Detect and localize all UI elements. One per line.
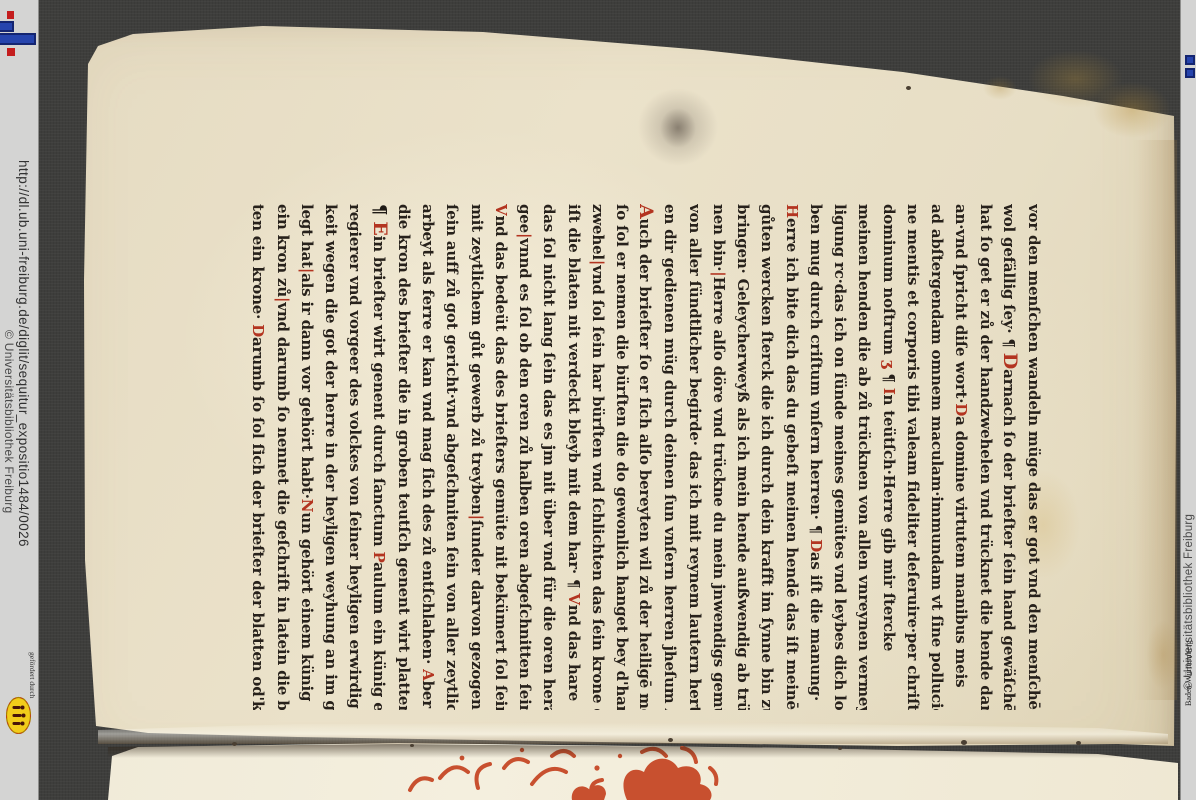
manuscript-line: Vnd das bedeüt das des brieſters gemüte … [489, 204, 513, 710]
manuscript-line: wol gefällig ſey· ¶ Darnach ſo der brieſ… [998, 204, 1022, 710]
speck [961, 740, 967, 745]
url-caption: http://dl.ub.uni-freiburg.de/diglit/sequ… [16, 160, 31, 547]
manuscript-line: regierer vnd vorgeer des volckes von ſei… [343, 204, 367, 710]
funding-label: gefördert durch [28, 652, 37, 698]
manuscript-line: Auch der brieſter ſo er ſich alſo bereyt… [634, 204, 658, 710]
manuscript-line: ne mentis et corporis tibi valeam fideli… [901, 204, 925, 710]
manuscript-line: ſein auff zů got gericht·vnd abgeſchnite… [440, 204, 464, 710]
manuscript-line: ten ein krone· Darumb ſo ſol ſich der br… [246, 204, 270, 710]
manuscript-line: ¶ Ein brieſter wirt genent durch ſanctum… [367, 204, 391, 710]
manuscript-line: die kron des brieſter die in groben teut… [392, 204, 416, 710]
manuscript-line: iſt die blaten nit verdeckt bleyb mit de… [561, 204, 585, 710]
manuscript-line: bringen· Geleycherweyß als ich mein hend… [731, 204, 755, 710]
speck [232, 742, 237, 746]
manuscript-line: nen bin·|Herre alſo döre vnd trückne du … [707, 204, 731, 710]
manuscript-text-block: vor den menſchen wandeln müge das er got… [246, 204, 1046, 710]
manuscript-line: keit wegen die got der herre in der heyl… [319, 204, 343, 710]
manuscript-line: Herre ich bite dich das du gebeſt meinen… [779, 204, 803, 710]
logo-red-square [7, 11, 14, 19]
manuscript-line: vor den menſchen wandeln müge das er got… [1022, 204, 1046, 710]
manuscript-line: an·vnd ſpricht diſe wort·Da domine virtu… [949, 204, 973, 710]
manuscript-line: zwehel|vnd ſol ſein har bürſten vnd ſchl… [586, 204, 610, 710]
manuscript-line: legt hat|als ir dann vor gehört habt·Nun… [295, 204, 319, 710]
logo-blue-bar [0, 21, 14, 32]
scan-viewer: { "frame": { "url_caption": "http://dl.u… [0, 0, 1196, 800]
copyright-left-caption: © Universitätsbibliothek Freiburg [2, 330, 16, 513]
manuscript-line: ein kron zů|vnd darumb ſo nennet die geſ… [271, 204, 295, 710]
manuscript-line: ligung rc·das ich on ſünde meines gemüte… [828, 204, 852, 710]
logo-blue-square [1185, 68, 1195, 78]
speck [1076, 741, 1081, 745]
speck [668, 738, 673, 742]
manuscript-line: ad abſtergendam omnem maculam·immundam v… [925, 204, 949, 710]
manuscript-line: en dir gedienen müg durch deinen ſun vnſ… [658, 204, 682, 710]
funding-logo [6, 696, 31, 734]
logo-blue-square [1185, 55, 1195, 65]
logo-blue-bar [0, 33, 36, 45]
book-photo-area: vor den menſchen wandeln müge das er got… [38, 0, 1180, 800]
manuscript-line: gůten wercken ſterck die ich durch dein … [755, 204, 779, 710]
manuscript-line: dominum noſtrum ʒ ¶ In teütſch·Herre gib… [876, 204, 900, 710]
manuscript-line: mit zeytlichem gůt gewerb zů treyben|ſun… [464, 204, 488, 710]
speck [838, 747, 842, 750]
funding-region-label: Baden-Württemberg [1184, 640, 1193, 706]
manuscript-line: gee|vnnd es ſol ob den oren zů halben or… [513, 204, 537, 710]
manuscript-line: hat ſo get er zů der handzwehelen vnd tr… [973, 204, 997, 710]
manuscript-line: das ſol nicht lang ſein das es jm nit üb… [537, 204, 561, 710]
manuscript-line: meinen henden die ab zů trücknen von all… [852, 204, 876, 710]
logo-red-square [7, 48, 15, 56]
scan-frame-left-strip: © Universitätsbibliothek Freiburg http:/… [0, 0, 39, 800]
manuscript-line: ſo ſol er nemen die bürſten die do gewon… [610, 204, 634, 710]
manuscript-line: ben mug durch criſtum vnſern herren· ¶ D… [804, 204, 828, 710]
speck [410, 744, 414, 747]
manuscript-line: von aller ſündtlicher begirde· das ich m… [682, 204, 706, 710]
manuscript-line: arbeyt als ferre er kan vnd mag ſich des… [416, 204, 440, 710]
manuscript-text: vor den menſchen wandeln müge das er got… [246, 204, 1046, 710]
speck [906, 86, 911, 90]
